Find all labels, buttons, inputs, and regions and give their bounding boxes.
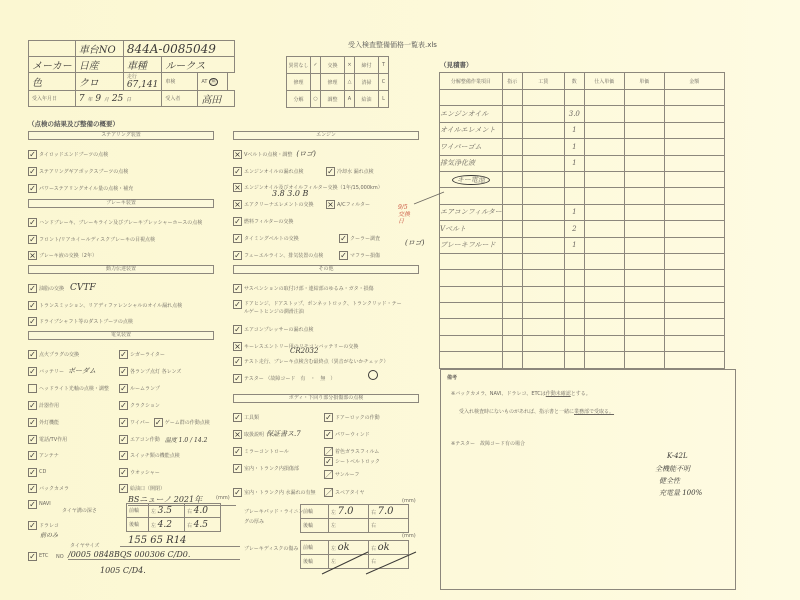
checklist-label: スイッチ類の機能点検 [130,452,180,459]
brake-pad-table: 前輪 左 7.0 右 7.0 後輪 左 右 [300,504,409,533]
tire-size-label: タイヤサイズ [70,542,100,549]
checklist-label: エンジンオイルの漏れ点検 [244,168,326,175]
table-row: オイルエレメント1 [440,122,725,138]
checklist-item: ✓ETC [28,551,48,561]
checklist-label: 給油口（開閉） [130,485,165,492]
checkbox[interactable]: × [326,200,335,209]
receiver-value: 高田 [198,91,235,107]
checklist-label: ドアヒンジ、ドアストップ、ボンネットロック、トランクリッド・テールゲートヒンジの… [244,300,404,316]
front-label: 前輪 [127,504,149,518]
checkbox[interactable]: ✓ [119,435,128,444]
connector-line [412,190,446,206]
checklist-item: ✓タイロッドエンドブーツの点検 [28,149,108,159]
checkbox[interactable]: ✓ [119,468,128,477]
checkbox[interactable]: ✓ [233,300,242,309]
item-cell [440,352,503,368]
checklist-label: バックカメラ [39,485,69,492]
checkbox[interactable]: ✓ [28,284,37,293]
qty-cell [564,188,584,204]
checklist-item: ✓バッテリーボーダム [28,366,96,376]
qty-cell [564,90,584,106]
checklist-label: 外灯機能 [39,419,59,426]
notes-title: 備考 [447,374,457,381]
tire-unit: (mm) [216,495,230,501]
ac-label: AT [201,79,207,85]
checklist-label: クラクション [130,402,160,409]
checklist-item: ✓パワーステアリングオイル量の点検・補充 [28,183,133,193]
brake-disc-label: ブレーキディスクの傷み [244,544,302,554]
checklist-item: ✓CD [28,467,46,477]
checklist-item: ／着色ガラスフィルム [324,446,379,456]
checklist-item: ✓外灯機能 [28,417,59,427]
handwritten-note: 保証書ス.7 [266,429,301,439]
table-row [440,319,725,335]
checkbox[interactable]: ✓ [233,251,242,260]
column-header: 金額 [664,73,724,90]
checklist-item: ×エアクリーナエレメントの交換×A/Cフィルター [233,199,370,209]
column-header: 分解整備作業項目 [440,73,503,90]
checkbox[interactable]: ✓ [119,350,128,359]
checkbox[interactable]: ✓ [233,488,242,497]
handwritten-note: 前のみ [40,530,58,539]
checklist-item: ✓ルームランプ [119,383,160,393]
checkbox[interactable]: ✓ [28,184,37,193]
checkbox[interactable]: ✓ [28,350,37,359]
handwritten-note: 全機能不明 [655,464,690,474]
checklist-item: ✓工具類 [233,412,259,422]
legend-mark: T [379,57,389,74]
checkbox[interactable]: ✓ [119,384,128,393]
checklist-item: ✓ドラレコ [28,520,59,530]
section-title: （点検の結果及び整備の概要） [28,119,119,128]
checkbox[interactable]: ✓ [28,435,37,444]
checklist-label: アンテナ [39,452,59,459]
table-row: 排気浄化液1 [440,155,725,171]
checklist-label: テスター （故障コード 有 ・ 無 ） [244,375,335,382]
model-label: 車種 [123,57,162,73]
checklist-label: バッテリー [39,368,64,375]
checklist-item: ✓タイミングベルトの交換✓クーラー調査 [233,233,380,243]
tire-rear-left: 4.2 [158,520,172,530]
checklist-item: ✓給油口（開閉） [119,483,165,493]
checkbox[interactable]: ✓ [28,401,37,410]
received-date-label: 受入年月日 [29,91,76,107]
checklist-item: ×Vベルトの点検・調整(ロゴ) [233,149,316,159]
checklist-item: ✓ドアーロックの作動 [324,412,380,422]
legend-mark: △ [345,74,355,91]
checklist-label: エアコンプレッサーの漏れ点検 [244,326,314,333]
qty-cell [564,303,584,319]
tire-depth-label: タイヤ溝の深さ [62,507,97,514]
handwritten-note: 健全性 [659,476,680,486]
qty-cell: 1 [564,237,584,253]
checkbox[interactable]: ✓ [28,418,37,427]
checkbox[interactable]: × [233,430,242,439]
checklist-label: ステアリングギアボックスブーツの点検 [39,168,128,175]
checkbox[interactable]: ✓ [28,552,37,561]
tire-no-value: /0005 0848BQS 000306 C/D0. [68,550,240,560]
handwritten-note: K-42L [667,452,688,460]
checklist-label: ミラーコントロール [244,448,289,455]
table-row [440,352,725,368]
checkbox[interactable]: ✓ [28,218,37,227]
checkbox[interactable]: ✓ [28,150,37,159]
checkbox[interactable]: ✓ [233,357,242,366]
circled-mark [368,370,378,380]
legend-label: 修理 [287,74,311,91]
receiver-label: 受入者 [162,91,198,107]
checklist-label: 各ランプ点灯 各レンズ [130,368,181,375]
brake-disc-unit: (mm) [402,533,416,539]
checklist-item: ✓エンジンオイルの漏れ点検✓冷却水 漏れ点検 [233,166,374,176]
brake-pad-front-left: 7.0 [338,506,354,517]
steering-section-bar: ステアリング装置 [28,131,214,140]
table-row: ワイパーゴム1 [440,139,725,155]
checkbox[interactable]: ✓ [119,418,128,427]
maker-value: 日産 [75,57,123,73]
column-header: 仕入単価 [584,73,624,90]
checklist-label: 油脂の交換 [39,285,64,292]
document-title: 受入検査整備価格一覧表.xls [348,40,437,50]
right-label: 右 [371,523,376,529]
qty-cell [564,171,584,187]
checklist-item: ✓テスター （故障コード 有 ・ 無 ） [233,373,335,383]
checkbox[interactable]: ✓ [119,401,128,410]
checklist-item: ✓ステアリングギアボックスブーツの点検 [28,166,128,176]
checkbox[interactable]: ／ [324,470,333,479]
tire-no-label: NO [56,554,64,560]
item-cell [440,303,503,319]
checklist-label: 冷却水 漏れ点検 [337,168,374,175]
checkbox[interactable]: ✓ [339,234,348,243]
checklist-label: 室内・トランク内損傷部 [244,465,299,472]
item-cell: ブレーキフルード [440,237,503,253]
checklist-label: 燃料フィルターの交換 [244,218,293,225]
column-header: 工賃 [522,73,564,90]
electrical-section-bar: 電気装置 [28,331,214,340]
received-year: 7 [79,94,85,104]
checklist-item: ✓油脂の交換CVTF [28,283,96,293]
month-unit: 月 [104,97,109,103]
rear-label: 後輪 [301,519,329,533]
checklist-item: ✓室内・トランク内損傷部 [233,463,299,473]
checklist-label: 計器作用 [39,402,59,409]
margin-note: (ロゴ) [405,238,424,248]
tire-depth-table: 前輪 左 3.5 右 4.0 後輪 左 4.2 右 4.5 [126,503,221,532]
chassis-value: 844A-0085049 [123,41,234,57]
checkbox[interactable]: ✓ [119,484,128,493]
right-label: 右 [187,523,192,529]
handwritten-note: CVTF [70,283,96,293]
legend-mark [311,74,321,91]
legend-mark: × [345,57,355,74]
vehicle-info-table: 車台NO 844A-0085049 メーカー 日産 車種 ルークス 色 クロ 走… [28,40,235,107]
strike-lines [320,548,420,576]
checklist-label: フロント/リアホイールディスクブレーキの目視点検 [39,236,155,243]
qty-cell: 1 [564,155,584,171]
checklist-item: ✓トランスミッション、リアディファレンシャルのオイル漏れ点検 [28,300,182,310]
inspection-label: 車検 [162,73,198,91]
table-row [440,253,725,269]
front-label: 前輪 [301,505,329,519]
checklist-label: タイミングベルトの交換 [244,235,339,242]
item-cell: キー電池 [452,175,490,185]
checklist-label: ドアーロックの作動 [335,414,380,421]
checklist-label: 取扱説明 [244,431,264,438]
checklist-item: ヘッドライト光軸の点検・調整 [28,383,109,393]
checkbox[interactable]: ✓ [28,317,37,326]
checklist-item: ✓フロント/リアホイールディスクブレーキの目視点検 [28,234,155,244]
checkbox[interactable]: ／ [324,488,333,497]
checklist-label: 電話/TV作用 [39,436,67,443]
document-page: 車台NO 844A-0085049 メーカー 日産 車種 ルークス 色 クロ 走… [0,0,800,600]
legend-table: 異常なし ✓ 交換 × 締付 T 修理 修理 △ 清掃 C 分解 ○ 調整 A … [286,56,389,108]
checklist-label: 点火プラグの交換 [39,351,79,358]
legend-label: 分解 [287,91,311,108]
checkbox[interactable]: × [28,251,37,260]
checklist-item: ✓電話/TV作用 [28,434,67,444]
checkbox[interactable]: × [233,150,242,159]
right-label: 右 [371,510,376,516]
column-header: 単価 [624,73,664,90]
checklist-label: ワイパー [130,419,150,426]
checklist-item: ✓シガーライター [119,349,165,359]
column-header: 数 [564,73,584,90]
checklist-item: ✓フューエルライン、排気装置の点検✓マフラー損傷 [233,250,380,260]
qty-cell [564,286,584,302]
legend-label: 修理 [321,74,345,91]
checklist-item: ✓ワイパー✓ゲーム群の作動点検 [119,417,210,427]
item-cell: ワイパーゴム [440,139,503,155]
mileage-value: 67,141 [127,80,159,90]
checkbox[interactable]: ✓ [324,430,333,439]
checklist-label: パワーウィンド [335,431,370,438]
item-cell [440,188,503,204]
checklist-label: 室内・トランク内 水漏れの有無 [244,489,316,496]
checklist-item: ✓ドライブシャフト等のダストブーツの点検 [28,316,133,326]
handwritten-note: CR2032 [290,347,318,355]
checkbox[interactable]: ✓ [28,500,37,509]
left-label: 左 [331,523,336,529]
notes-line-3: ※テスター 故障コード有の場合 [451,440,525,447]
maker-label: メーカー [29,57,76,73]
checkbox[interactable]: ✓ [28,367,37,376]
tire-no-value2: 1005 C/D4. [100,566,146,575]
checklist-label: A/Cフィルター [337,201,370,208]
checklist-item: ✓サスペンションの取付け部・連結部のゆるみ・ガタ・損傷 [233,283,374,293]
checkbox[interactable]: ✓ [28,521,37,530]
checklist-label: Vベルトの点検・調整 [244,151,292,158]
checkbox[interactable] [28,384,37,393]
legend-label: 異常なし [287,57,311,74]
table-row: キー電池 [440,171,725,187]
qty-cell [564,352,584,368]
left-label: 左 [331,510,336,516]
checkbox[interactable]: ✓ [233,464,242,473]
checkbox[interactable]: ✓ [233,217,242,226]
item-cell: Vベルト [440,221,503,237]
checklist-label: トランスミッション、リアディファレンシャルのオイル漏れ点検 [39,302,182,309]
other-section-bar: その他 [233,265,419,274]
chassis-label: 車台NO [75,41,123,57]
checklist-label: ドライブシャフト等のダストブーツの点検 [39,318,133,325]
checkbox[interactable]: ✓ [233,284,242,293]
checklist-label: ルームランプ [130,385,160,392]
checkbox[interactable]: × [233,200,242,209]
checklist-item: ✓燃料フィルターの交換 [233,216,293,226]
checklist-label: ウオッシャー [130,469,160,476]
item-cell: オイルエレメント [440,122,503,138]
checklist-item: ✓スイッチ類の機能点検 [119,450,180,460]
notes-text: ※バックカメラ、NAVI、ドラレコ、ETCは [451,391,546,397]
checklist-item: ✓エアコン作動温度 1.0 / 14.2 [119,434,207,444]
left-label: 左 [151,523,156,529]
legend-mark: ✓ [311,57,321,74]
checklist-item: ✓各ランプ点灯 各レンズ [119,366,181,376]
table-row [440,90,725,106]
item-cell [440,286,503,302]
checkbox[interactable]: ✓ [326,167,335,176]
brake-pad-front-right: 7.0 [378,506,394,517]
qty-cell [564,335,584,351]
handwritten-note: ボーダム [68,366,96,376]
tire-front-left: 3.5 [158,506,172,516]
model-value: ルークス [162,57,235,73]
received-day: 25 [112,94,123,104]
table-row [440,303,725,319]
item-cell [440,335,503,351]
checklist-label: クーラー調査 [350,235,380,242]
checkbox[interactable]: ✓ [233,413,242,422]
ac-value: 無 [209,78,218,86]
qty-cell: 1 [564,122,584,138]
handwritten-note: 3.8 3.0 B [272,189,308,198]
checklist-item: ✓アンテナ [28,450,59,460]
notes-underlined: 作動未確認 [546,391,571,397]
qty-cell [564,270,584,286]
checkbox[interactable]: ✓ [339,251,348,260]
checkbox[interactable]: ✓ [119,451,128,460]
checklist-label: ブレーキ液の交換（2年） [39,252,97,259]
checkbox[interactable]: × [233,342,242,351]
table-row: エアコンフィルター1 [440,204,725,220]
checklist-item: ／サンルーフ [324,469,359,479]
checklist-item: ✓ミラーコントロール [233,446,289,456]
legend-mark: L [379,91,389,108]
checkbox[interactable]: ✓ [233,325,242,334]
item-cell [440,270,503,286]
checklist-item: ×ブレーキ液の交換（2年） [28,250,97,260]
item-cell [440,319,503,335]
checkbox[interactable]: ✓ [28,301,37,310]
checklist-label: サスペンションの取付け部・連結部のゆるみ・ガタ・損傷 [244,285,374,292]
table-row [440,270,725,286]
checklist-item: ✓NAVI [28,499,51,509]
checklist-item: ✓ハンドブレーキ、ブレーキライン及びブレーキプレッシャーホースの点検 [28,217,202,227]
notes-line-2: 受入れ検査時にないものがあれば、指示書と一緒に業務部で受取る。 [459,408,614,415]
checklist-item: ✓室内・トランク内 水漏れの有無 [233,487,316,497]
column-header: 指示 [502,73,522,90]
checklist-item: ✓バックカメラ [28,483,69,493]
checkbox[interactable]: ✓ [28,484,37,493]
legend-label: 給油 [355,91,379,108]
checklist-label: マフラー損傷 [350,252,380,259]
checkbox[interactable]: ✓ [233,167,242,176]
checkbox[interactable]: ✓ [324,457,333,466]
checkbox[interactable]: ✓ [28,468,37,477]
checklist-label: シートベルトロック [335,458,380,465]
table-row [440,188,725,204]
color-label: 色 [29,73,76,91]
checkbox[interactable]: ✓ [28,451,37,460]
checkbox[interactable]: ✓ [233,234,242,243]
checklist-item: ✓ウオッシャー [119,467,160,477]
color-value: クロ [75,73,123,91]
qty-cell: 1 [564,139,584,155]
brake-pad-label: ブレーキパッド・ライニングの厚み [244,507,304,527]
item-cell: 排気浄化液 [440,155,503,171]
checklist-item: ✓テスト走行、ブレーキ点検含む最終点（異音がないかチェック） [233,356,388,366]
legend-mark: ○ [311,91,321,108]
checklist-label: 工具類 [244,414,259,421]
handwritten-note: 充電量 100% [659,488,702,498]
checkbox[interactable]: ✓ [28,235,37,244]
legend-label: 調整 [321,91,345,108]
checkbox[interactable]: × [233,183,242,192]
checkbox[interactable]: ✓ [233,447,242,456]
rear-label: 後輪 [127,518,149,532]
legend-mark: C [379,74,389,91]
item-cell [440,90,503,106]
checklist-label: ETC [39,553,48,559]
checklist-label: シガーライター [130,351,165,358]
table-row [440,286,725,302]
legend-label: 交換 [321,57,345,74]
notes-line-1: ※バックカメラ、NAVI、ドラレコ、ETCは作動未確認とする。 [451,390,591,397]
checklist-label: NAVI [39,501,51,507]
tire-front-right: 4.0 [194,506,208,516]
checklist-label: サンルーフ [335,471,359,478]
handwritten-note: 温度 1.0 / 14.2 [165,435,208,444]
checklist-label: ハンドブレーキ、ブレーキライン及びブレーキプレッシャーホースの点検 [39,219,202,226]
checkbox[interactable]: ✓ [28,167,37,176]
checkbox[interactable]: ✓ [119,367,128,376]
day-unit: 日 [126,97,131,103]
checklist-item: ／スペアタイヤ [324,487,365,497]
checkbox[interactable]: ✓ [324,413,333,422]
legend-label: 清掃 [355,74,379,91]
table-row: Vベルト2 [440,221,725,237]
right-label: 右 [187,509,192,515]
checklist-label: エンジンオイル及びオイルフィルター交換（1年/15,000km） [244,184,383,191]
checklist-label: CD [39,469,46,475]
checklist-item: ×取扱説明保証書ス.7 [233,429,301,439]
estimate-title: （見積書） [440,60,473,69]
checkbox[interactable]: ✓ [233,374,242,383]
checklist-label: ドラレコ [39,522,59,529]
notes-text: とする。 [571,391,591,397]
checklist-label: エアコン作動 [130,436,160,443]
checklist-label: フューエルライン、排気装置の点検 [244,252,339,259]
checklist-item: ✓点火プラグの交換 [28,349,79,359]
checkbox[interactable]: ✓ [154,418,163,427]
checkbox[interactable]: ／ [324,447,333,456]
qty-cell: 2 [564,221,584,237]
tire-size-value: 155 65 R14 [120,535,240,547]
left-label: 左 [151,509,156,515]
year-unit: 年 [87,97,92,103]
checklist-label: スペアタイヤ [335,489,365,496]
